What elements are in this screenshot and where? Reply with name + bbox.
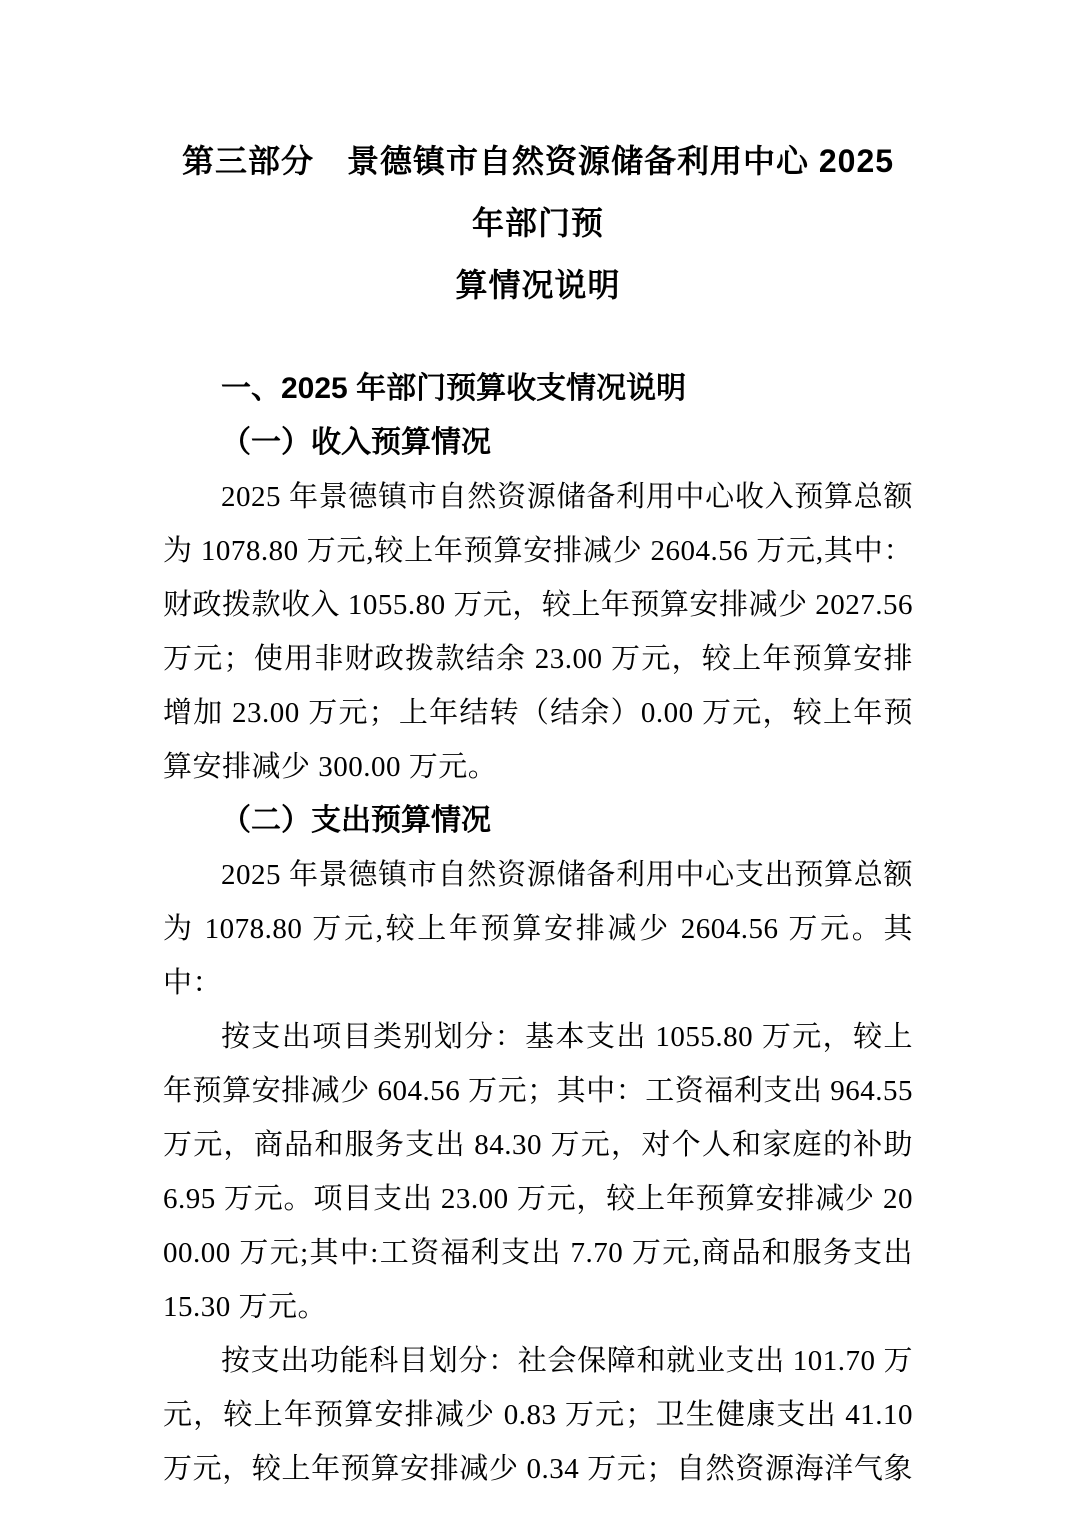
expense-by-category-paragraph: 按支出项目类别划分：基本支出 1055.80 万元，较上年预算安排减少 604.… xyxy=(163,1010,913,1334)
income-budget-paragraph: 2025 年景德镇市自然资源储备利用中心收入预算总额为 1078.80 万元,较… xyxy=(163,470,913,794)
expense-total-paragraph: 2025 年景德镇市自然资源储备利用中心支出预算总额为 1078.80 万元,较… xyxy=(163,848,913,1010)
section-heading-expense: （二）支出预算情况 xyxy=(163,794,913,848)
expense-by-function-paragraph: 按支出功能科目划分：社会保障和就业支出 101.70 万元，较上年预算安排减少 … xyxy=(163,1334,913,1496)
section-heading-income: （一）收入预算情况 xyxy=(163,416,913,470)
section-heading-overview: 一、2025 年部门预算收支情况说明 xyxy=(163,362,913,416)
document-title-line-2: 算情况说明 xyxy=(163,254,913,316)
document-page: 第三部分 景德镇市自然资源储备利用中心 2025 年部门预 算情况说明 一、20… xyxy=(0,0,1074,1520)
document-title-line-1: 第三部分 景德镇市自然资源储备利用中心 2025 年部门预 xyxy=(163,130,913,254)
document-title: 第三部分 景德镇市自然资源储备利用中心 2025 年部门预 算情况说明 xyxy=(163,130,913,316)
